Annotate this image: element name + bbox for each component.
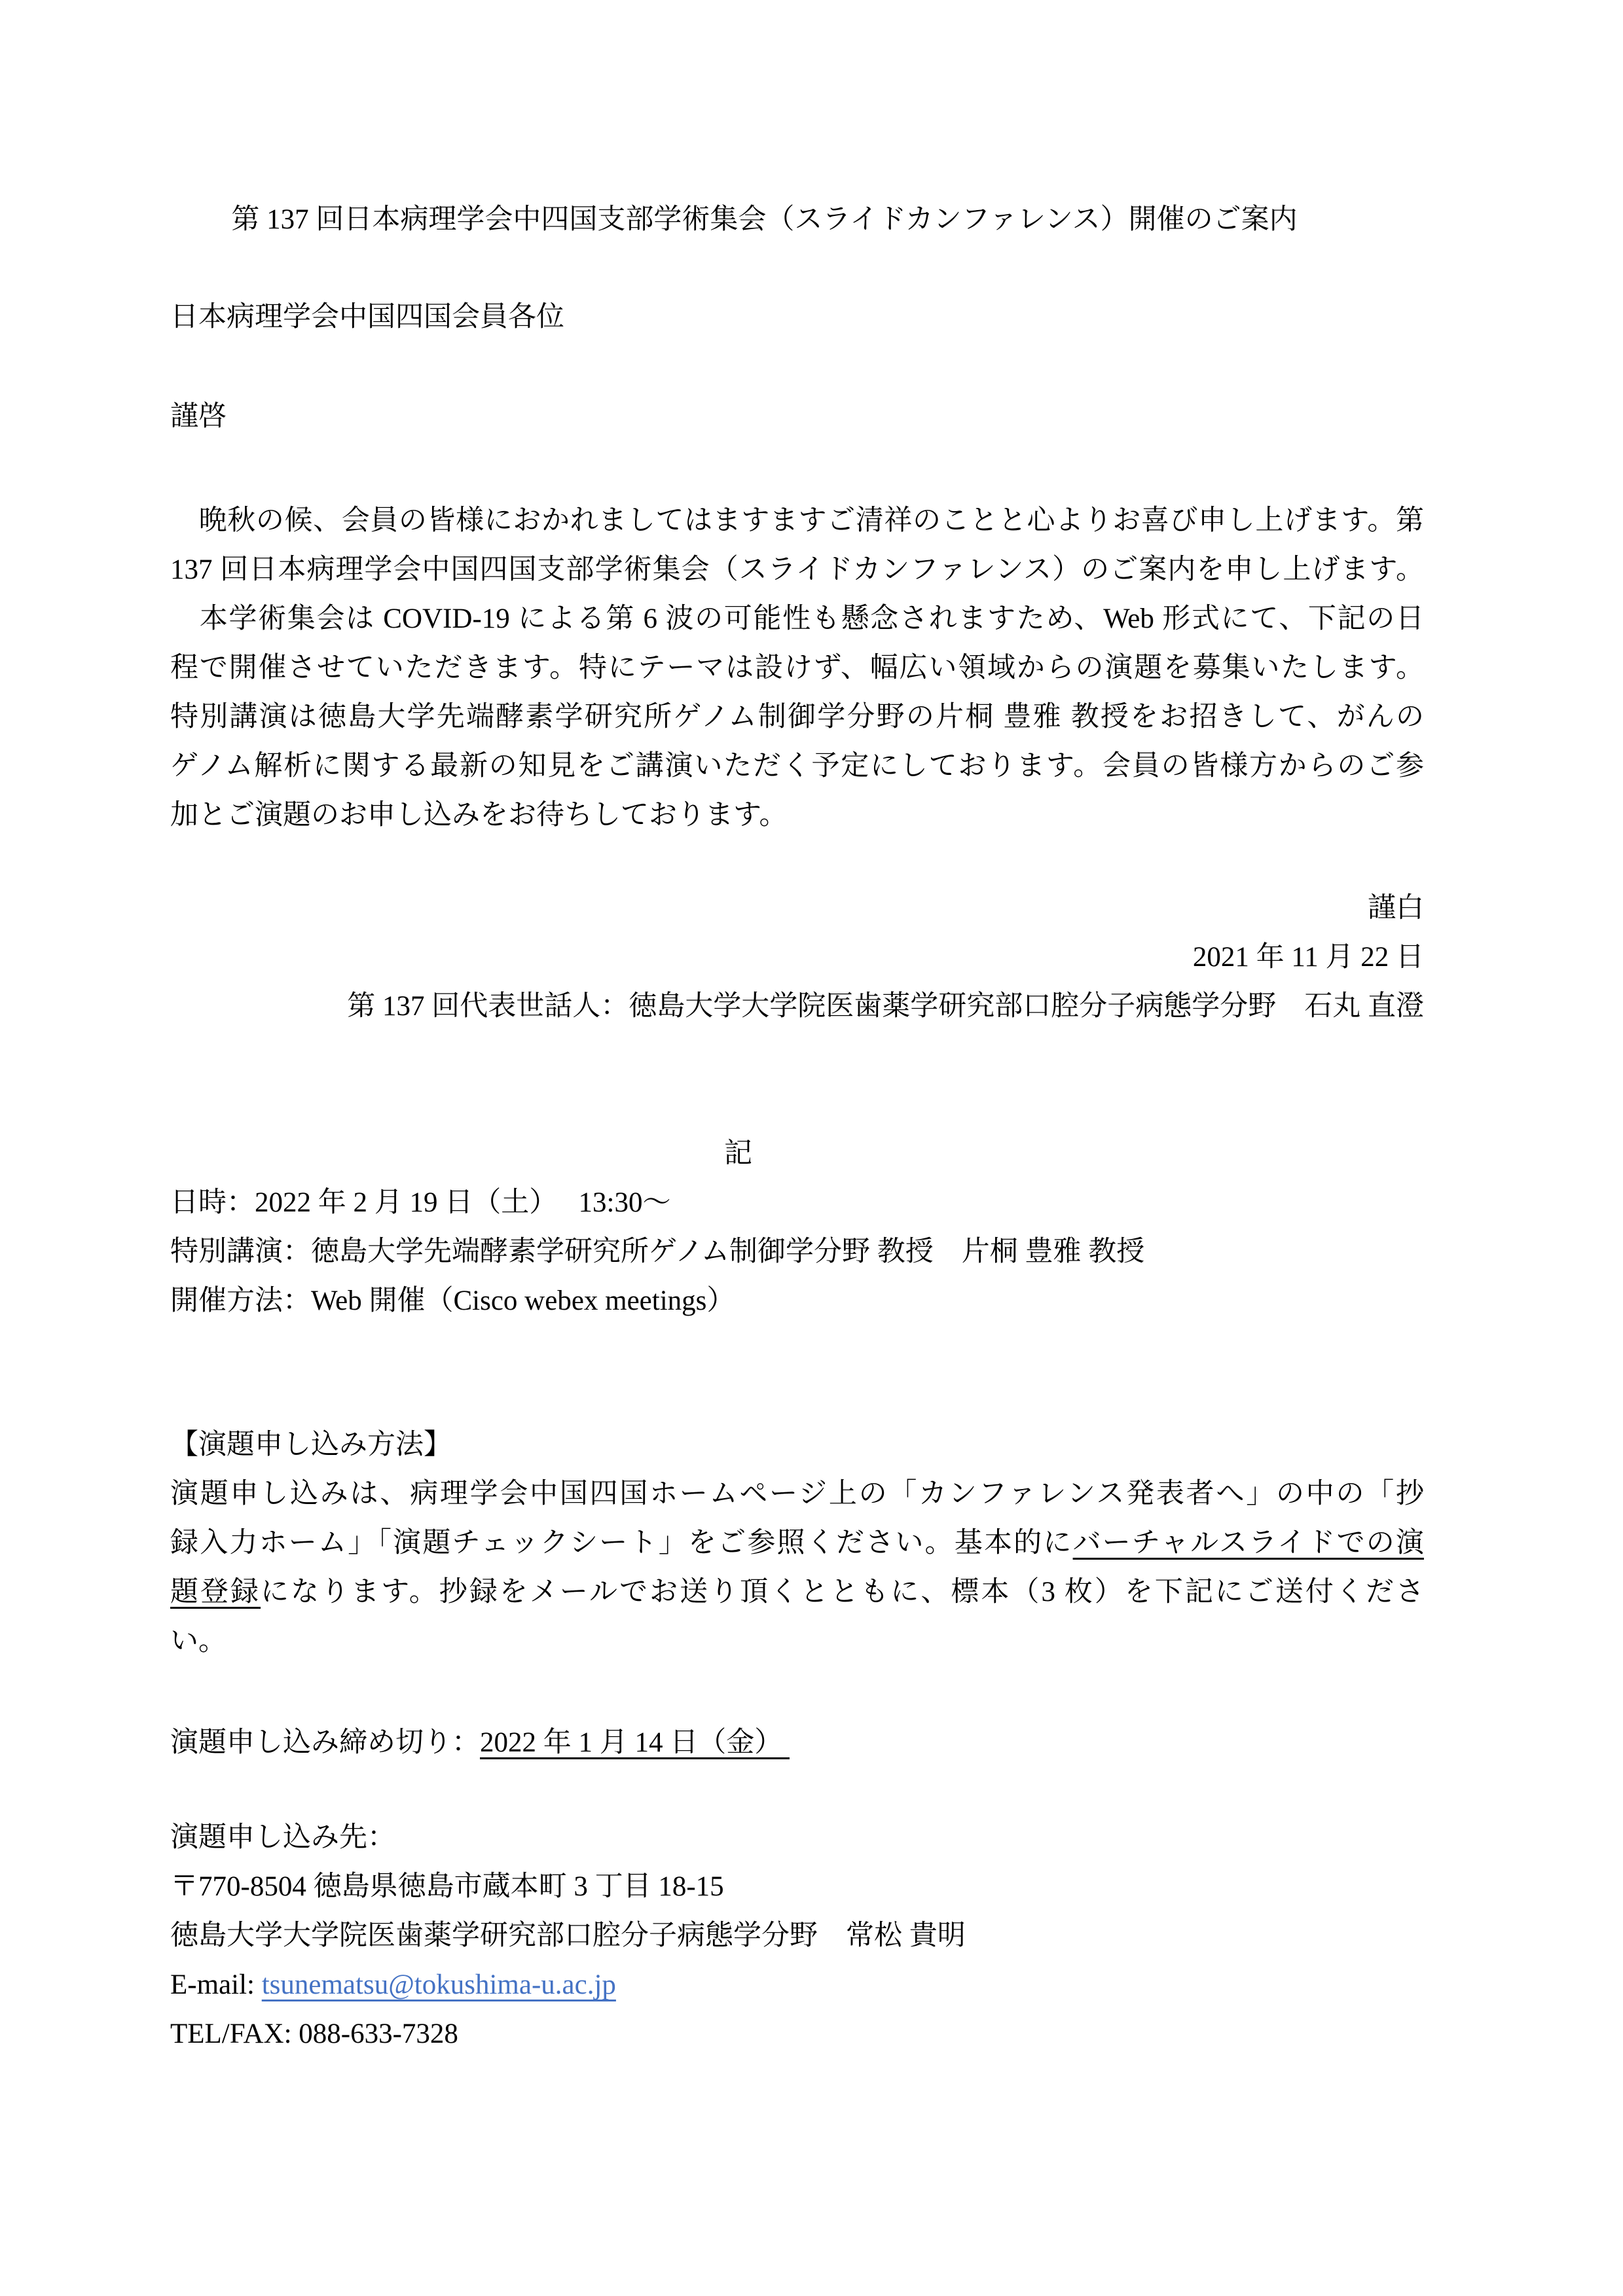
letter-content: 第 137 回日本病理学会中四国支部学術集会（スライドカンファレンス）開催のご案…: [170, 0, 1424, 2296]
organizer-line: 第 137 回代表世話人：徳島大学大学院医歯薬学研究部口腔分子病態学分野 石丸 …: [170, 982, 1424, 1031]
application-line-3: 題登録になります。抄録をメールでお送り頂くとともに、標本（3 枚）を下記にご送付…: [170, 1568, 1424, 1617]
submission-heading: 演題申し込み先：: [170, 1813, 1424, 1862]
deadline-label: 演題申し込み締め切り：: [170, 1727, 480, 1758]
detail-datetime: 日時：2022 年 2 月 19 日（土） 13:30～: [170, 1178, 1424, 1227]
detail-lecture: 特別講演：徳島大学先端酵素学研究所ゲノム制御学分野 教授 片桐 豊雅 教授: [170, 1227, 1424, 1276]
application-line-4: い。: [170, 1617, 1424, 1666]
body-line-6: ゲノム解析に関する最新の知見をご講演いただく予定にしております。会員の皆様方から…: [170, 742, 1424, 791]
application-line-3-normal: になります。抄録をメールでお送り頂くとともに、標本（3 枚）を下記にご送付くださ: [261, 1577, 1424, 1607]
email-link[interactable]: tsunematsu@tokushima-u.ac.jp: [262, 1969, 616, 2000]
body-line-1: 晩秋の候、会員の皆様におかれましてはますますご清祥のことと心よりお喜び申し上げま…: [170, 496, 1424, 545]
submission-department: 徳島大学大学院医歯薬学研究部口腔分子病態学分野 常松 貴明: [170, 1911, 1424, 1960]
document-page: 第 137 回日本病理学会中四国支部学術集会（スライドカンファレンス）開催のご案…: [0, 0, 1623, 2296]
application-line-3-underlined: 題登録: [170, 1577, 261, 1607]
body-line-2: 137 回日本病理学会中国四国支部学術集会（スライドカンファレンス）のご案内を申…: [170, 545, 1424, 594]
body-line-4: 程で開催させていただきます。特にテーマは設けず、幅広い領域からの演題を募集いたし…: [170, 643, 1424, 692]
letter-date: 2021 年 11 月 22 日: [170, 933, 1424, 982]
application-line-2: 録入力ホーム」「演題チェックシート」をご参照ください。基本的にバーチャルスライド…: [170, 1518, 1424, 1568]
notice-heading: 記: [170, 1129, 1424, 1178]
deadline-date: 2022 年 1 月 14 日（金）: [480, 1727, 790, 1758]
application-line-2-normal: 録入力ホーム」「演題チェックシート」をご参照ください。基本的に: [170, 1528, 1073, 1558]
body-line-7: 加とご演題のお申し込みをお待ちしております。: [170, 791, 1424, 840]
telfax-line: TEL/FAX: 088-633-7328: [170, 2009, 1424, 2058]
salutation: 謹啓: [170, 392, 1424, 441]
application-heading: 【演題申し込み方法】: [170, 1420, 1424, 1469]
closing-word: 謹白: [170, 884, 1424, 933]
submission-address: 〒770-8504 徳島県徳島市蔵本町 3 丁目 18-15: [170, 1862, 1424, 1911]
page-title: 第 137 回日本病理学会中四国支部学術集会（スライドカンファレンス）開催のご案…: [170, 195, 1424, 244]
application-line-2-underlined: バーチャルスライドでの演: [1073, 1528, 1424, 1558]
recipient-line: 日本病理学会中国四国会員各位: [170, 293, 1424, 342]
email-line: E-mail: tsunematsu@tokushima-u.ac.jp: [170, 1960, 1424, 2009]
body-line-3: 本学術集会は COVID-19 による第 6 波の可能性も懸念されますため、We…: [170, 594, 1424, 643]
application-line-1: 演題申し込みは、病理学会中国四国ホームページ上の「カンファレンス発表者へ」の中の…: [170, 1469, 1424, 1518]
deadline-line: 演題申し込み締め切り：2022 年 1 月 14 日（金）: [170, 1718, 1424, 1767]
body-line-5: 特別講演は徳島大学先端酵素学研究所ゲノム制御学分野の片桐 豊雅 教授をお招きして…: [170, 692, 1424, 742]
email-label: E-mail:: [170, 1969, 262, 2000]
detail-format: 開催方法：Web 開催（Cisco webex meetings）: [170, 1276, 1424, 1325]
